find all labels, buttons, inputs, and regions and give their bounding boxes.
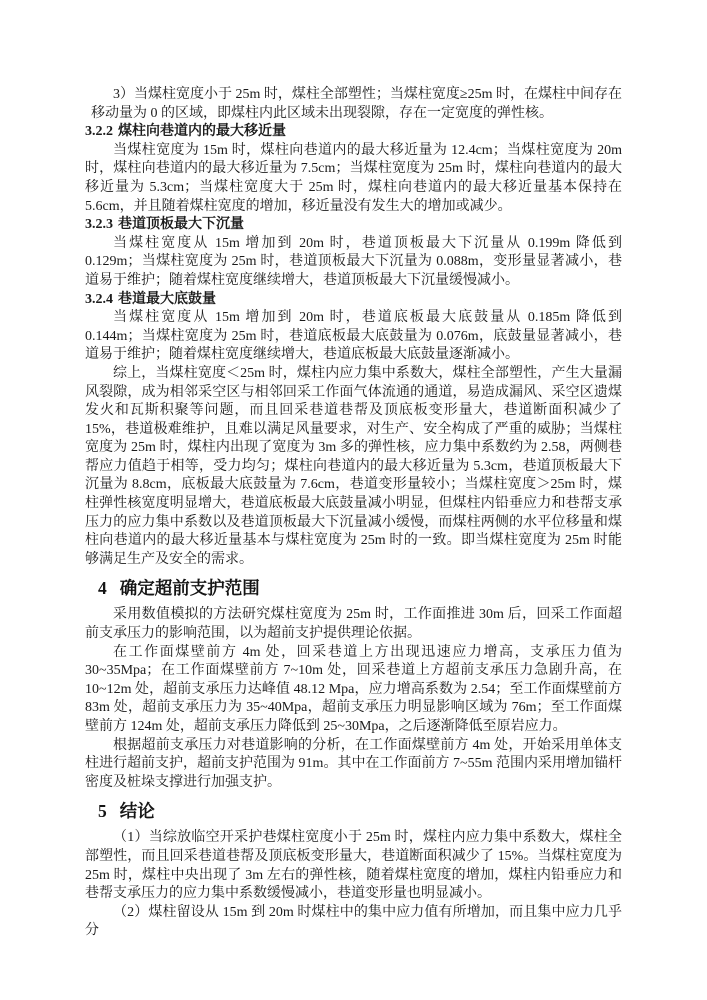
subsection-heading-3-2-3: 3.2.3巷道顶板最大下沉量 [85,216,622,235]
paragraph: 根据超前支承压力对巷道影响的分析，在工作面煤壁前方 4m 处，开始采用单体支柱进… [85,737,622,793]
paragraph: 当煤柱宽度为 15m 时，煤柱向巷道内的最大移近量为 12.4cm；当煤柱宽度为… [85,142,622,216]
subsection-number: 3.2.3 [85,217,113,232]
paragraph-summary: 综上，当煤柱宽度＜25m 时，煤柱内应力集中系数大，煤柱全部塑性，产生大量漏风裂… [85,365,622,570]
subsection-heading-3-2-2: 3.2.2煤柱向巷道内的最大移近量 [85,123,622,142]
paragraph: 采用数值模拟的方法研究煤柱宽度为 25m 时，工作面推进 30m 后，回采工作面… [85,606,622,643]
section-title: 结论 [120,801,155,821]
subsection-heading-3-2-4: 3.2.4巷道最大底鼓量 [85,291,622,310]
subsection-title: 巷道最大底鼓量 [118,292,216,307]
paragraph-conclusion-2-truncated: （2）煤柱留设从 15m 到 20m 时煤柱中的集中应力值有所增加，而且集中应力… [85,904,622,941]
subsection-title: 煤柱向巷道内的最大移近量 [118,124,286,139]
section-number: 5 [98,801,107,821]
section-heading-4: 4确定超前支护范围 [85,576,622,600]
paragraph: 当煤柱宽度从 15m 增加到 20m 时，巷道底板最大底鼓量从 0.185m 降… [85,309,622,365]
paragraph: 当煤柱宽度从 15m 增加到 20m 时，巷道顶板最大下沉量从 0.199m 降… [85,235,622,291]
subsection-title: 巷道顶板最大下沉量 [118,217,244,232]
section-heading-5: 5结论 [85,799,622,823]
section-title: 确定超前支护范围 [120,578,260,598]
paragraph: 在工作面煤壁前方 4m 处，回采巷道上方出现迅速应力增高，支承压力值为 30~3… [85,644,622,737]
section-number: 4 [98,578,107,598]
paragraph-conclusion-1: （1）当综放临空开采护巷煤柱宽度小于 25m 时，煤柱内应力集中系数大，煤柱全部… [85,829,622,903]
subsection-number: 3.2.4 [85,292,113,307]
paragraph-list-item-3: 3）当煤柱宽度小于 25m 时，煤柱全部塑性；当煤柱宽度≥25m 时，在煤柱中间… [85,86,622,123]
subsection-number: 3.2.2 [85,124,113,139]
page-text-column: 3）当煤柱宽度小于 25m 时，煤柱全部塑性；当煤柱宽度≥25m 时，在煤柱中间… [85,86,622,941]
document-page: 3）当煤柱宽度小于 25m 时，煤柱全部塑性；当煤柱宽度≥25m 时，在煤柱中间… [0,0,707,1000]
